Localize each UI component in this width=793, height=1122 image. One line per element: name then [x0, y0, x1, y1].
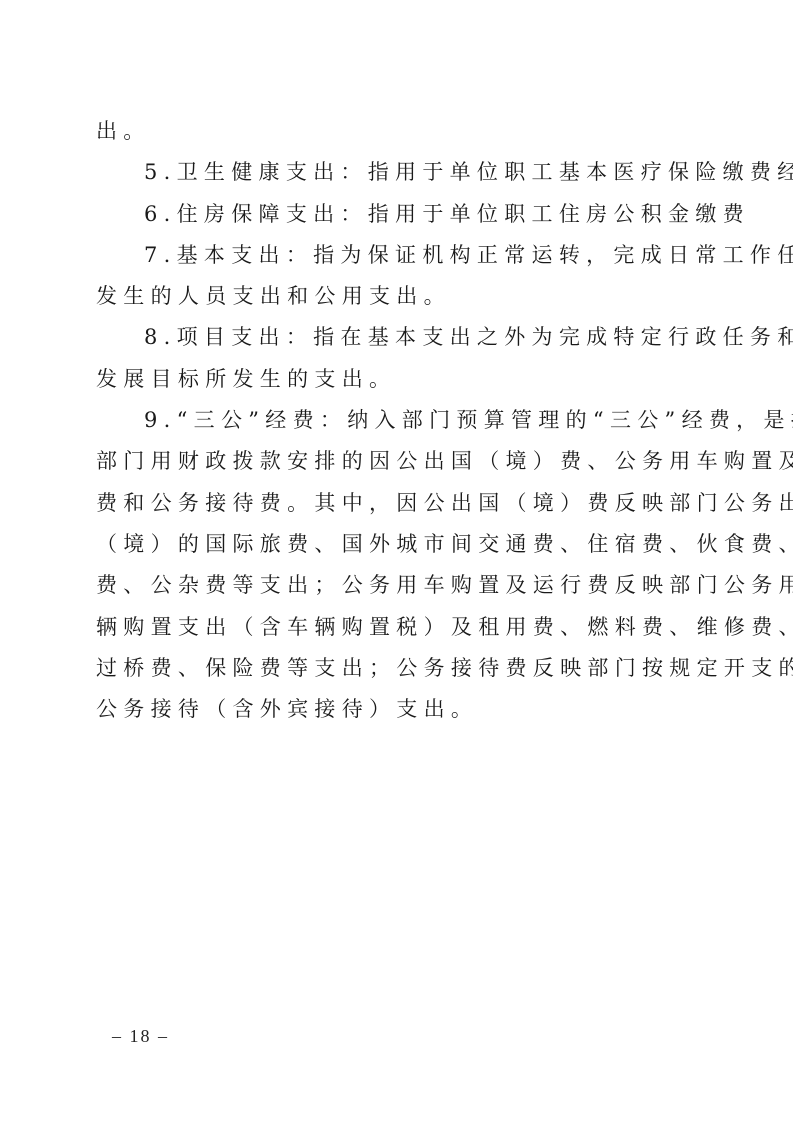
document-page: 出。 5.卫生健康支出：指用于单位职工基本医疗保险缴费经费。 6.住房保障支出：…	[0, 0, 793, 1122]
text-line: 公务接待（含外宾接待）支出。	[96, 689, 698, 730]
page-number: – 18 –	[112, 1026, 169, 1047]
text-line: 出。	[96, 111, 698, 152]
text-line: 费和公务接待费。其中，因公出国（境）费反映部门公务出国	[96, 483, 698, 524]
item-7-basic-expenditure: 7.基本支出：指为保证机构正常运转，完成日常工作任务而	[96, 235, 698, 276]
item-5-health-expenditure: 5.卫生健康支出：指用于单位职工基本医疗保险缴费经费。	[96, 152, 698, 193]
text-line: 过桥费、保险费等支出；公务接待费反映部门按规定开支的各类	[96, 648, 698, 689]
text-line: （境）的国际旅费、国外城市间交通费、住宿费、伙食费、培训	[96, 524, 698, 565]
text-line: 费、公杂费等支出；公务用车购置及运行费反映部门公务用车车	[96, 565, 698, 606]
item-9-three-public-expenses: 9.“三公”经费：纳入部门预算管理的“三公”经费，是指	[96, 400, 698, 441]
body-text: 出。 5.卫生健康支出：指用于单位职工基本医疗保险缴费经费。 6.住房保障支出：…	[96, 111, 698, 730]
item-8-project-expenditure: 8.项目支出：指在基本支出之外为完成特定行政任务和事业	[96, 317, 698, 358]
item-6-housing-expenditure: 6.住房保障支出：指用于单位职工住房公积金缴费	[96, 194, 698, 235]
text-line: 发展目标所发生的支出。	[96, 359, 698, 400]
text-line: 辆购置支出（含车辆购置税）及租用费、燃料费、维修费、过路	[96, 607, 698, 648]
text-line: 发生的人员支出和公用支出。	[96, 276, 698, 317]
text-line: 部门用财政拨款安排的因公出国（境）费、公务用车购置及运行	[96, 441, 698, 482]
